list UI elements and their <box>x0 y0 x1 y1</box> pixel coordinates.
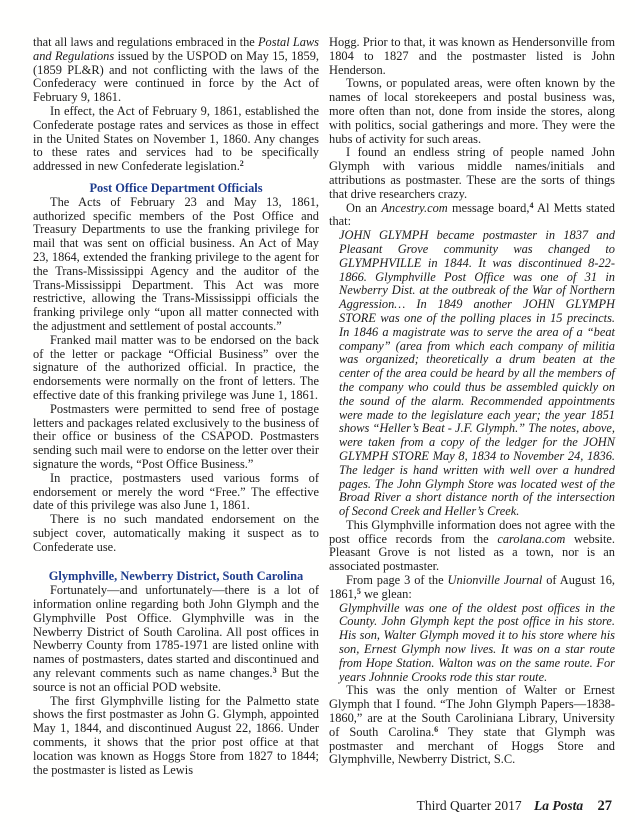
blockquote: Glymphville was one of the oldest post o… <box>339 602 615 685</box>
blockquote: JOHN GLYMPH became postmaster in 1837 an… <box>339 229 615 519</box>
paragraph: The Acts of February 23 and May 13, 1861… <box>33 196 319 334</box>
paragraph: From page 3 of the Unionville Journal of… <box>329 574 615 602</box>
text-run: we glean: <box>361 587 412 601</box>
paragraph: Fortunately—and unfortunately—there is a… <box>33 584 319 694</box>
footnote-ref: 4 <box>529 201 533 210</box>
text-run: There is no such mandated endorsement on… <box>33 512 319 554</box>
footnote-ref: 2 <box>240 159 244 168</box>
paragraph: Towns, or populated areas, were often kn… <box>329 77 615 146</box>
left-column: that all laws and regulations embraced i… <box>33 36 319 777</box>
text-run: The Acts of February 23 and May 13, 1861… <box>33 195 319 333</box>
paragraph: Postmasters were permitted to send free … <box>33 403 319 472</box>
paragraph: that all laws and regulations embraced i… <box>33 36 319 105</box>
text-run: Hogg. Prior to that, it was known as Hen… <box>329 35 615 77</box>
paragraph: This was the only mention of Walter or E… <box>329 684 615 767</box>
text-run: Franked mail matter was to be endorsed o… <box>33 333 319 402</box>
page-footer: Third Quarter 2017 La Posta 27 <box>417 798 612 815</box>
paragraph: There is no such mandated endorsement on… <box>33 513 319 554</box>
text-run: I found an endless string of people name… <box>329 145 615 200</box>
text-run: In practice, postmasters used various fo… <box>33 471 319 513</box>
text-columns: that all laws and regulations embraced i… <box>33 36 615 777</box>
text-run: On an <box>346 201 381 215</box>
footer-journal-title: La Posta <box>534 798 583 813</box>
paragraph: On an Ancestry.com message board,4 Al Me… <box>329 202 615 230</box>
paragraph: I found an endless string of people name… <box>329 146 615 201</box>
text-run: Glymphville was one of the oldest post o… <box>339 601 615 684</box>
text-run: Unionville Journal <box>448 573 543 587</box>
text-run: that all laws and regulations embraced i… <box>33 35 258 49</box>
text-run: Postmasters were permitted to send free … <box>33 402 319 471</box>
journal-page: that all laws and regulations embraced i… <box>0 0 635 827</box>
text-run: carolana.com <box>497 532 565 546</box>
paragraph: This Glymphville information does not ag… <box>329 519 615 574</box>
right-column: Hogg. Prior to that, it was known as Hen… <box>329 36 615 777</box>
footnote-ref: 5 <box>357 587 361 596</box>
text-run: message board, <box>448 201 530 215</box>
paragraph: Hogg. Prior to that, it was known as Hen… <box>329 36 615 77</box>
text-run: From page 3 of the <box>346 573 448 587</box>
text-run: Ancestry.com <box>381 201 447 215</box>
footnote-ref: 3 <box>273 666 277 675</box>
section-heading: Post Office Department Officials <box>33 182 319 196</box>
section-heading: Glymphville, Newberry District, South Ca… <box>33 570 319 584</box>
footer-page-number: 27 <box>598 798 613 814</box>
paragraph: In practice, postmasters used various fo… <box>33 472 319 513</box>
text-run: The first Glymphville listing for the Pa… <box>33 694 319 777</box>
paragraph: In effect, the Act of February 9, 1861, … <box>33 105 319 174</box>
text-run: In effect, the Act of February 9, 1861, … <box>33 104 319 173</box>
paragraph: Franked mail matter was to be endorsed o… <box>33 334 319 403</box>
text-run: Towns, or populated areas, were often kn… <box>329 76 615 145</box>
footnote-ref: 6 <box>434 725 438 734</box>
paragraph: The first Glymphville listing for the Pa… <box>33 695 319 778</box>
text-run: JOHN GLYMPH became postmaster in 1837 an… <box>339 228 615 518</box>
footer-issue-date: Third Quarter 2017 <box>417 798 522 813</box>
